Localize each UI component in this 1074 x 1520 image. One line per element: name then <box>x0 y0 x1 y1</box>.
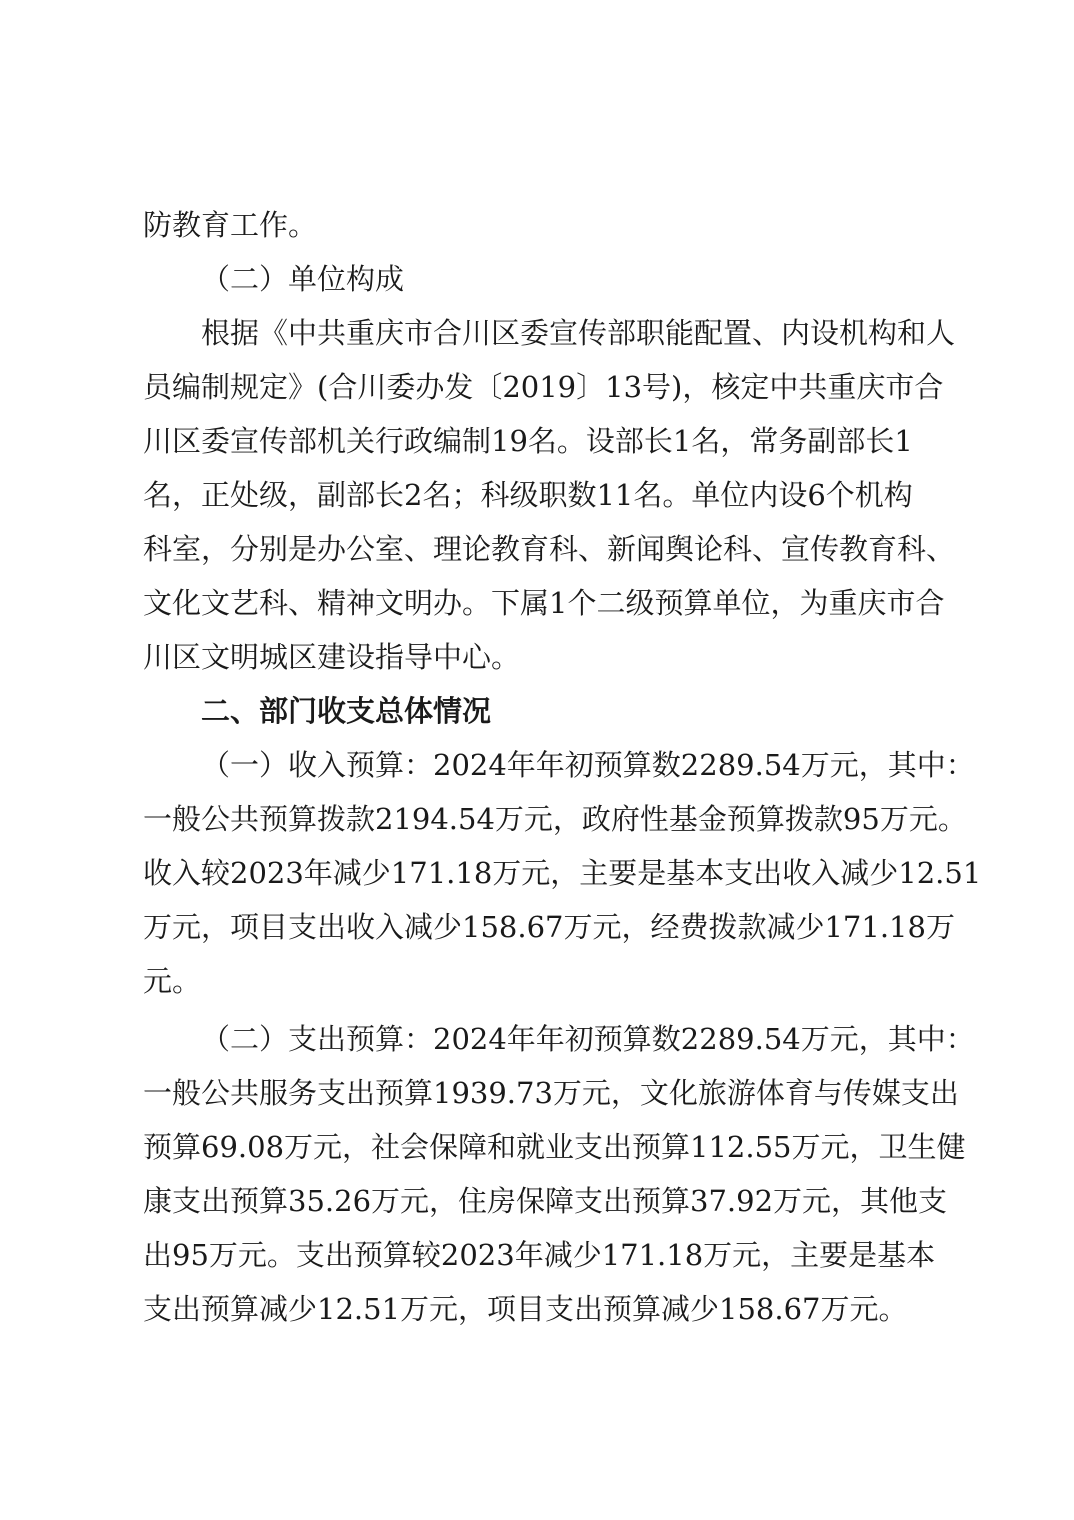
text-line: 川区文明城区建设指导中心。 <box>143 630 943 684</box>
text-line: 一般公共服务支出预算1939.73万元，文化旅游体育与传媒支出 <box>143 1066 943 1120</box>
paragraph-revenue-budget: （一）收入预算：2024年年初预算数2289.54万元，其中： 一般公共预算拨款… <box>143 738 943 1008</box>
text-line: 康支出预算35.26万元，住房保障支出预算37.92万元，其他支 <box>143 1174 943 1228</box>
text-line: （一）收入预算：2024年年初预算数2289.54万元，其中： <box>143 738 943 792</box>
paragraph-unit-composition: 根据《中共重庆市合川区委宣传部职能配置、内设机构和人 员编制规定》(合川委办发〔… <box>143 306 943 684</box>
text-line: 科室，分别是办公室、理论教育科、新闻舆论科、宣传教育科、 <box>143 522 943 576</box>
text-line: 出95万元。支出预算较2023年减少171.18万元，主要是基本 <box>143 1228 943 1282</box>
text-line: 万元，项目支出收入减少158.67万元，经费拨款减少171.18万 <box>143 900 943 954</box>
text-line: 川区委宣传部机关行政编制19名。设部长1名，常务副部长1 <box>143 414 943 468</box>
text-line: 根据《中共重庆市合川区委宣传部职能配置、内设机构和人 <box>143 306 943 360</box>
text-line: 文化文艺科、精神文明办。下属1个二级预算单位，为重庆市合 <box>143 576 943 630</box>
section-heading-revenue-expenditure: 二、部门收支总体情况 <box>143 684 943 738</box>
text-line: 元。 <box>143 954 943 1008</box>
section-heading-unit-composition: （二）单位构成 <box>143 252 943 306</box>
text-line: 一般公共预算拨款2194.54万元，政府性基金预算拨款95万元。 <box>143 792 943 846</box>
document-page: 防教育工作。 （二）单位构成 根据《中共重庆市合川区委宣传部职能配置、内设机构和… <box>143 198 943 1336</box>
paragraph-expenditure-budget: （二）支出预算：2024年年初预算数2289.54万元，其中： 一般公共服务支出… <box>143 1012 943 1336</box>
text-line: 支出预算减少12.51万元，项目支出预算减少158.67万元。 <box>143 1282 943 1336</box>
text-line: 名，正处级，副部长2名；科级职数11名。单位内设6个机构 <box>143 468 943 522</box>
text-line: 员编制规定》(合川委办发〔2019〕13号)，核定中共重庆市合 <box>143 360 943 414</box>
text-line: （二）支出预算：2024年年初预算数2289.54万元，其中： <box>143 1012 943 1066</box>
text-line: 预算69.08万元，社会保障和就业支出预算112.55万元，卫生健 <box>143 1120 943 1174</box>
paragraph-continuation: 防教育工作。 <box>143 198 943 252</box>
text-line: 收入较2023年减少171.18万元，主要是基本支出收入减少12.51 <box>143 846 943 900</box>
